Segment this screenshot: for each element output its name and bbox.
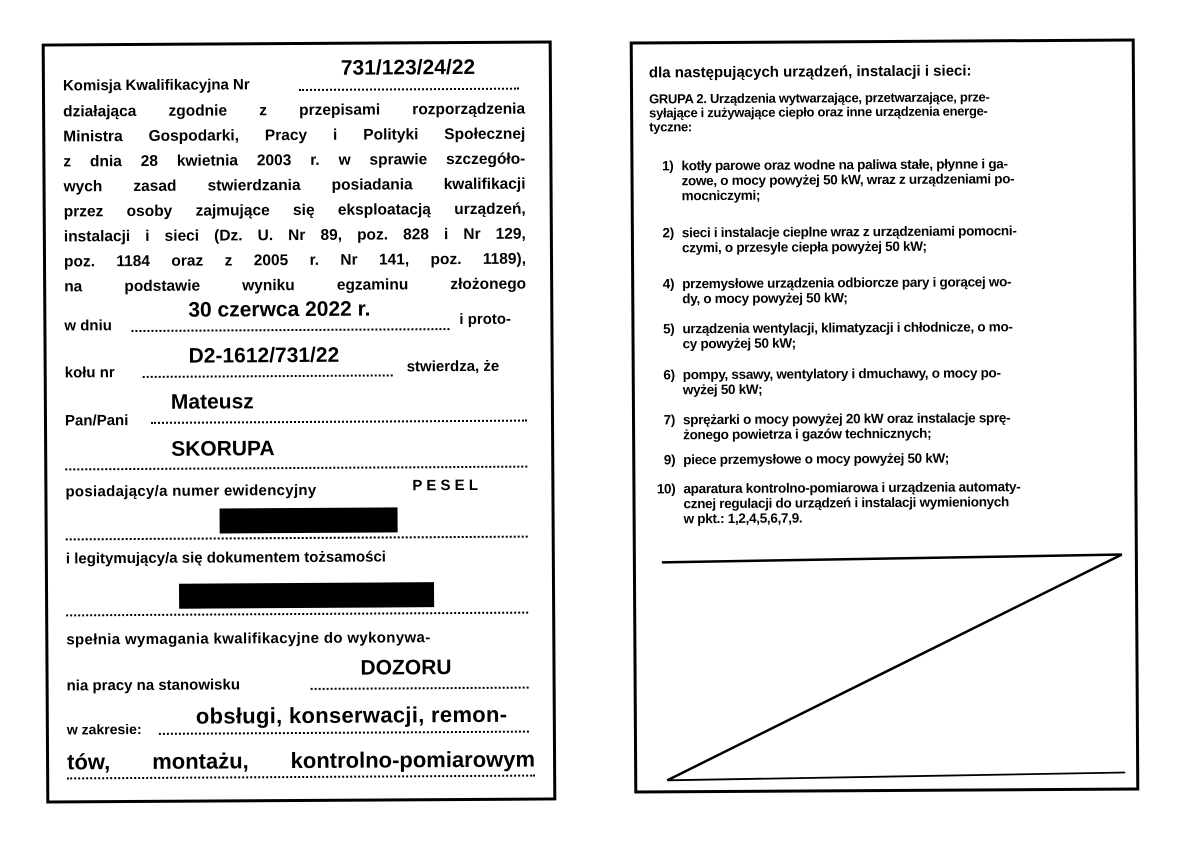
word: poz. <box>357 226 388 244</box>
protocol-number: D2-1612/731/22 <box>189 344 340 369</box>
position-value: DOZORU <box>360 656 451 681</box>
document-redaction <box>179 582 434 609</box>
word: r. <box>310 252 320 270</box>
first-name: Mateusz <box>171 390 254 415</box>
word: zasad <box>133 178 176 196</box>
word: Nr <box>463 226 480 244</box>
word: wyniku <box>242 277 295 295</box>
word: 2005 <box>254 252 289 270</box>
word: poz. <box>430 251 461 269</box>
exam-date: 30 czerwca 2022 r. <box>188 298 370 323</box>
id-number-type: P E S E L <box>412 477 478 494</box>
position-label: nia pracy na stanowisku <box>67 676 241 694</box>
id-number-label: posiadający/a numer ewidencyjny <box>65 482 316 501</box>
scope-label: w zakresie: <box>67 721 142 737</box>
last-name-dotted-line <box>65 466 527 471</box>
last-name: SKORUPA <box>171 437 275 462</box>
word: eksploatacją <box>338 201 431 220</box>
commission-number: 731/123/24/22 <box>341 56 475 81</box>
person-label: Pan/Pani <box>65 412 128 429</box>
word: dnia <box>90 153 122 171</box>
regulation-text: działającazgodniezprzepisamirozporządzen… <box>45 43 549 46</box>
word: działająca <box>63 103 136 121</box>
word: z <box>259 102 267 120</box>
pesel-dotted-line <box>66 536 528 541</box>
exam-date-label: w dniu <box>64 317 112 334</box>
protocol-suffix: stwierdza, że <box>407 358 500 376</box>
regulation-text-line: działającazgodniezprzepisamirozporządzen… <box>63 101 525 122</box>
word: podstawie <box>124 278 200 296</box>
scope-value-line-1: obsługi, konserwacji, remon- <box>196 702 508 730</box>
word: szczegóło- <box>446 151 525 169</box>
regulation-text-line: napodstawiewynikuegzaminuzłożonego <box>64 276 526 297</box>
word: oraz <box>171 253 203 271</box>
word: montażu, <box>152 748 249 775</box>
certificate-front-card: Komisja Kwalifikacyjna Nr 731/123/24/22 … <box>42 40 557 803</box>
word: egzaminu <box>337 276 409 294</box>
word: poz. <box>64 253 95 271</box>
word: stwierdzania <box>207 177 300 196</box>
commission-label: Komisja Kwalifikacyjna Nr <box>63 76 250 94</box>
pesel-redaction <box>220 507 398 533</box>
protocol-label: kołu nr <box>65 364 115 381</box>
word: Nr <box>288 227 305 245</box>
word: z <box>225 252 233 270</box>
word: Polityki <box>363 126 418 144</box>
exam-date-dotted-line <box>131 328 449 332</box>
word: i <box>333 127 337 145</box>
word: zgodnie <box>168 102 227 120</box>
word: (Dz. <box>214 227 243 245</box>
requirements-text: spełnia wymagania kwalifikacyjne do wyko… <box>66 629 430 648</box>
document-dotted-line <box>66 612 528 617</box>
word: i <box>145 228 149 246</box>
blank-area-strike-lines <box>633 41 1143 796</box>
word: r. <box>310 152 320 170</box>
word: 1189), <box>483 251 526 269</box>
word: wych <box>64 178 103 196</box>
word: kwietnia <box>177 152 238 170</box>
commission-number-dotted-line <box>299 88 519 91</box>
protocol-dotted-line <box>143 374 393 378</box>
word: złożonego <box>450 276 526 294</box>
regulation-text-line: MinistraGospodarki,PracyiPolitykiSpołecz… <box>63 126 525 147</box>
word: 129, <box>496 226 526 244</box>
word: 828 <box>403 226 429 244</box>
scope-dotted-line-1 <box>159 731 529 735</box>
word: osoby <box>127 203 173 221</box>
word: 2003 <box>257 152 292 170</box>
word: się <box>293 202 315 220</box>
certificate-back-card: dla następujących urządzeń, instalacji i… <box>630 38 1140 793</box>
regulation-text-line: poz.1184orazz2005r.Nr141,poz.1189), <box>64 251 526 272</box>
exam-date-suffix: i proto- <box>459 311 511 328</box>
document-label: i legitymujący/a się dokumentem tożsamoś… <box>66 548 386 567</box>
word: posiadania <box>332 176 413 194</box>
word: rozporządzenia <box>412 101 525 120</box>
word: Ministra <box>63 128 123 146</box>
word: zajmujące <box>196 202 270 220</box>
word: Nr <box>340 252 357 270</box>
word: sprawie <box>369 151 427 169</box>
word: z <box>63 153 71 171</box>
word: i <box>444 226 448 244</box>
word: U. <box>258 227 274 245</box>
word: Gospodarki, <box>149 127 240 146</box>
word: instalacji <box>64 228 130 246</box>
word: 89, <box>320 227 342 245</box>
scope-dotted-line-2 <box>67 775 535 780</box>
word: 141, <box>379 251 409 269</box>
regulation-text-line: przezosobyzajmującesięeksploatacjąurządz… <box>64 201 526 222</box>
regulation-text-line: zdnia28kwietnia2003r.wsprawieszczegóło- <box>63 151 525 172</box>
word: na <box>64 278 82 296</box>
word: 28 <box>141 153 158 171</box>
word: Pracy <box>265 127 307 145</box>
word: kontrolno-pomiarowym <box>291 747 536 774</box>
word: przez <box>64 203 104 221</box>
first-name-dotted-line <box>151 420 527 424</box>
word: sieci <box>165 228 200 246</box>
word: urządzeń, <box>454 201 526 219</box>
word: przepisami <box>299 101 380 119</box>
word: w <box>339 152 351 170</box>
position-dotted-line <box>311 687 529 690</box>
word: tów, <box>67 749 110 775</box>
word: kwalifikacji <box>444 176 526 194</box>
regulation-text-line: instalacjiisieci(Dz.U.Nr89,poz.828iNr129… <box>64 226 526 247</box>
regulation-text-line: wychzasadstwierdzaniaposiadaniakwalifika… <box>64 176 526 197</box>
scope-value-line-2: tów,montażu,kontrolno-pomiarowym <box>67 747 535 776</box>
word: Społecznej <box>444 126 525 144</box>
word: 1184 <box>116 253 150 271</box>
